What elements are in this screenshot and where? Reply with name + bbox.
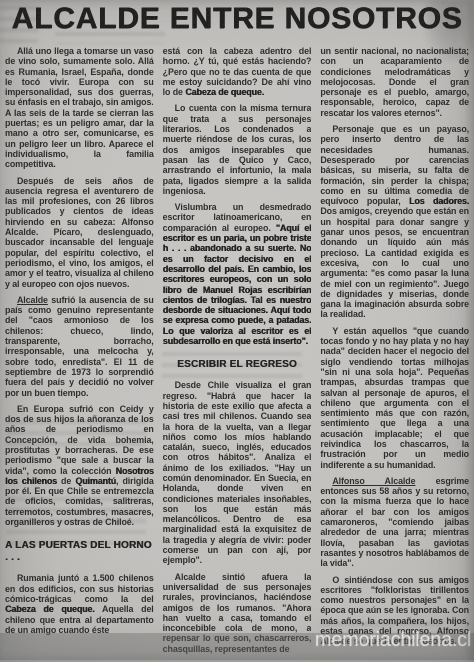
body-text: Personaje que es un payaso, pero inserto… <box>320 124 469 206</box>
body-text: un sentir nacional, no nacionalista; con… <box>320 46 469 118</box>
body-text: Lo cuenta con la misma ternura que trata… <box>163 103 312 195</box>
scanned-newspaper-page: ALCALDE ENTRE NOSOTROS Allá uno llega a … <box>0 0 474 662</box>
article-paragraph: está con la cabeza adentro del horno. ¿Y… <box>163 46 312 97</box>
article-body: Allá uno llega a tomarse un vaso de vino… <box>5 46 469 660</box>
article-column-2: está con la cabeza adentro del horno. ¿Y… <box>163 46 312 660</box>
section-heading: A LAS PUERTAS DEL HORNO . . . <box>5 540 154 564</box>
body-text: Desde Chile visualiza el gran regreso. "… <box>163 380 312 565</box>
article-paragraph: Personaje que es un payaso, pero inserto… <box>320 124 469 320</box>
article-paragraph: Rumania juntó a 1.500 chilenos en dos ed… <box>5 573 154 635</box>
body-text: de <box>57 476 75 486</box>
article-paragraph: Vislumbra un desmedrado escritor latinoa… <box>163 202 312 346</box>
article-paragraph: un sentir nacional, no nacionalista; con… <box>320 46 469 118</box>
memoriachilena-watermark: memoriachilena.cl <box>315 629 471 652</box>
section-heading: ESCRIBIR EL REGRESO <box>163 359 312 371</box>
body-text: sufrió la ausencia de su país como genui… <box>5 295 154 398</box>
body-text: Rumania juntó a 1.500 chilenos en dos ed… <box>5 573 154 604</box>
underlined-name: Alfonso Alcalde <box>332 476 415 486</box>
emphasis-text: Cabeza de queque. <box>5 604 95 614</box>
emphasis-text: Los dadores. <box>409 196 469 206</box>
article-paragraph: Allá uno llega a tomarse un vaso de vino… <box>5 46 154 170</box>
body-text: esgrime entonces sus 58 años y su retorn… <box>320 476 469 568</box>
article-column-1: Allá uno llega a tomarse un vaso de vino… <box>5 46 154 660</box>
article-paragraph: En Europa sufrió con Ceidy y dos de sus … <box>5 404 154 528</box>
body-text: Y están aquellos "que cuando tocas fondo… <box>320 326 469 470</box>
article-paragraph: Alfonso Alcalde esgrime entonces sus 58 … <box>320 476 469 569</box>
emphasis-text: "Aquí el escritor es un paria, un pobre … <box>163 223 312 346</box>
body-text: Después de seis años de ausencia regresa… <box>5 176 154 289</box>
headline: ALCALDE ENTRE NOSOTROS <box>0 2 474 36</box>
emphasis-text: Quimantú <box>75 476 116 486</box>
body-text: Allá uno llega a tomarse un vaso de vino… <box>5 46 154 169</box>
article-paragraph: Desde Chile visualiza el gran regreso. "… <box>163 380 312 565</box>
article-paragraph: Y están aquellos "que cuando tocas fondo… <box>320 326 469 470</box>
article-paragraph: Después de seis años de ausencia regresa… <box>5 176 154 289</box>
article-column-3: un sentir nacional, no nacionalista; con… <box>320 46 469 660</box>
body-text: Dos amigos, creyendo que están en un hos… <box>320 206 469 319</box>
emphasis-text: Cabeza de queque. <box>185 87 264 97</box>
article-paragraph: Lo cuenta con la misma ternura que trata… <box>163 103 312 196</box>
underlined-name: Alcalde <box>17 295 48 305</box>
article-paragraph: Alcalde sufrió la ausencia de su país co… <box>5 295 154 398</box>
